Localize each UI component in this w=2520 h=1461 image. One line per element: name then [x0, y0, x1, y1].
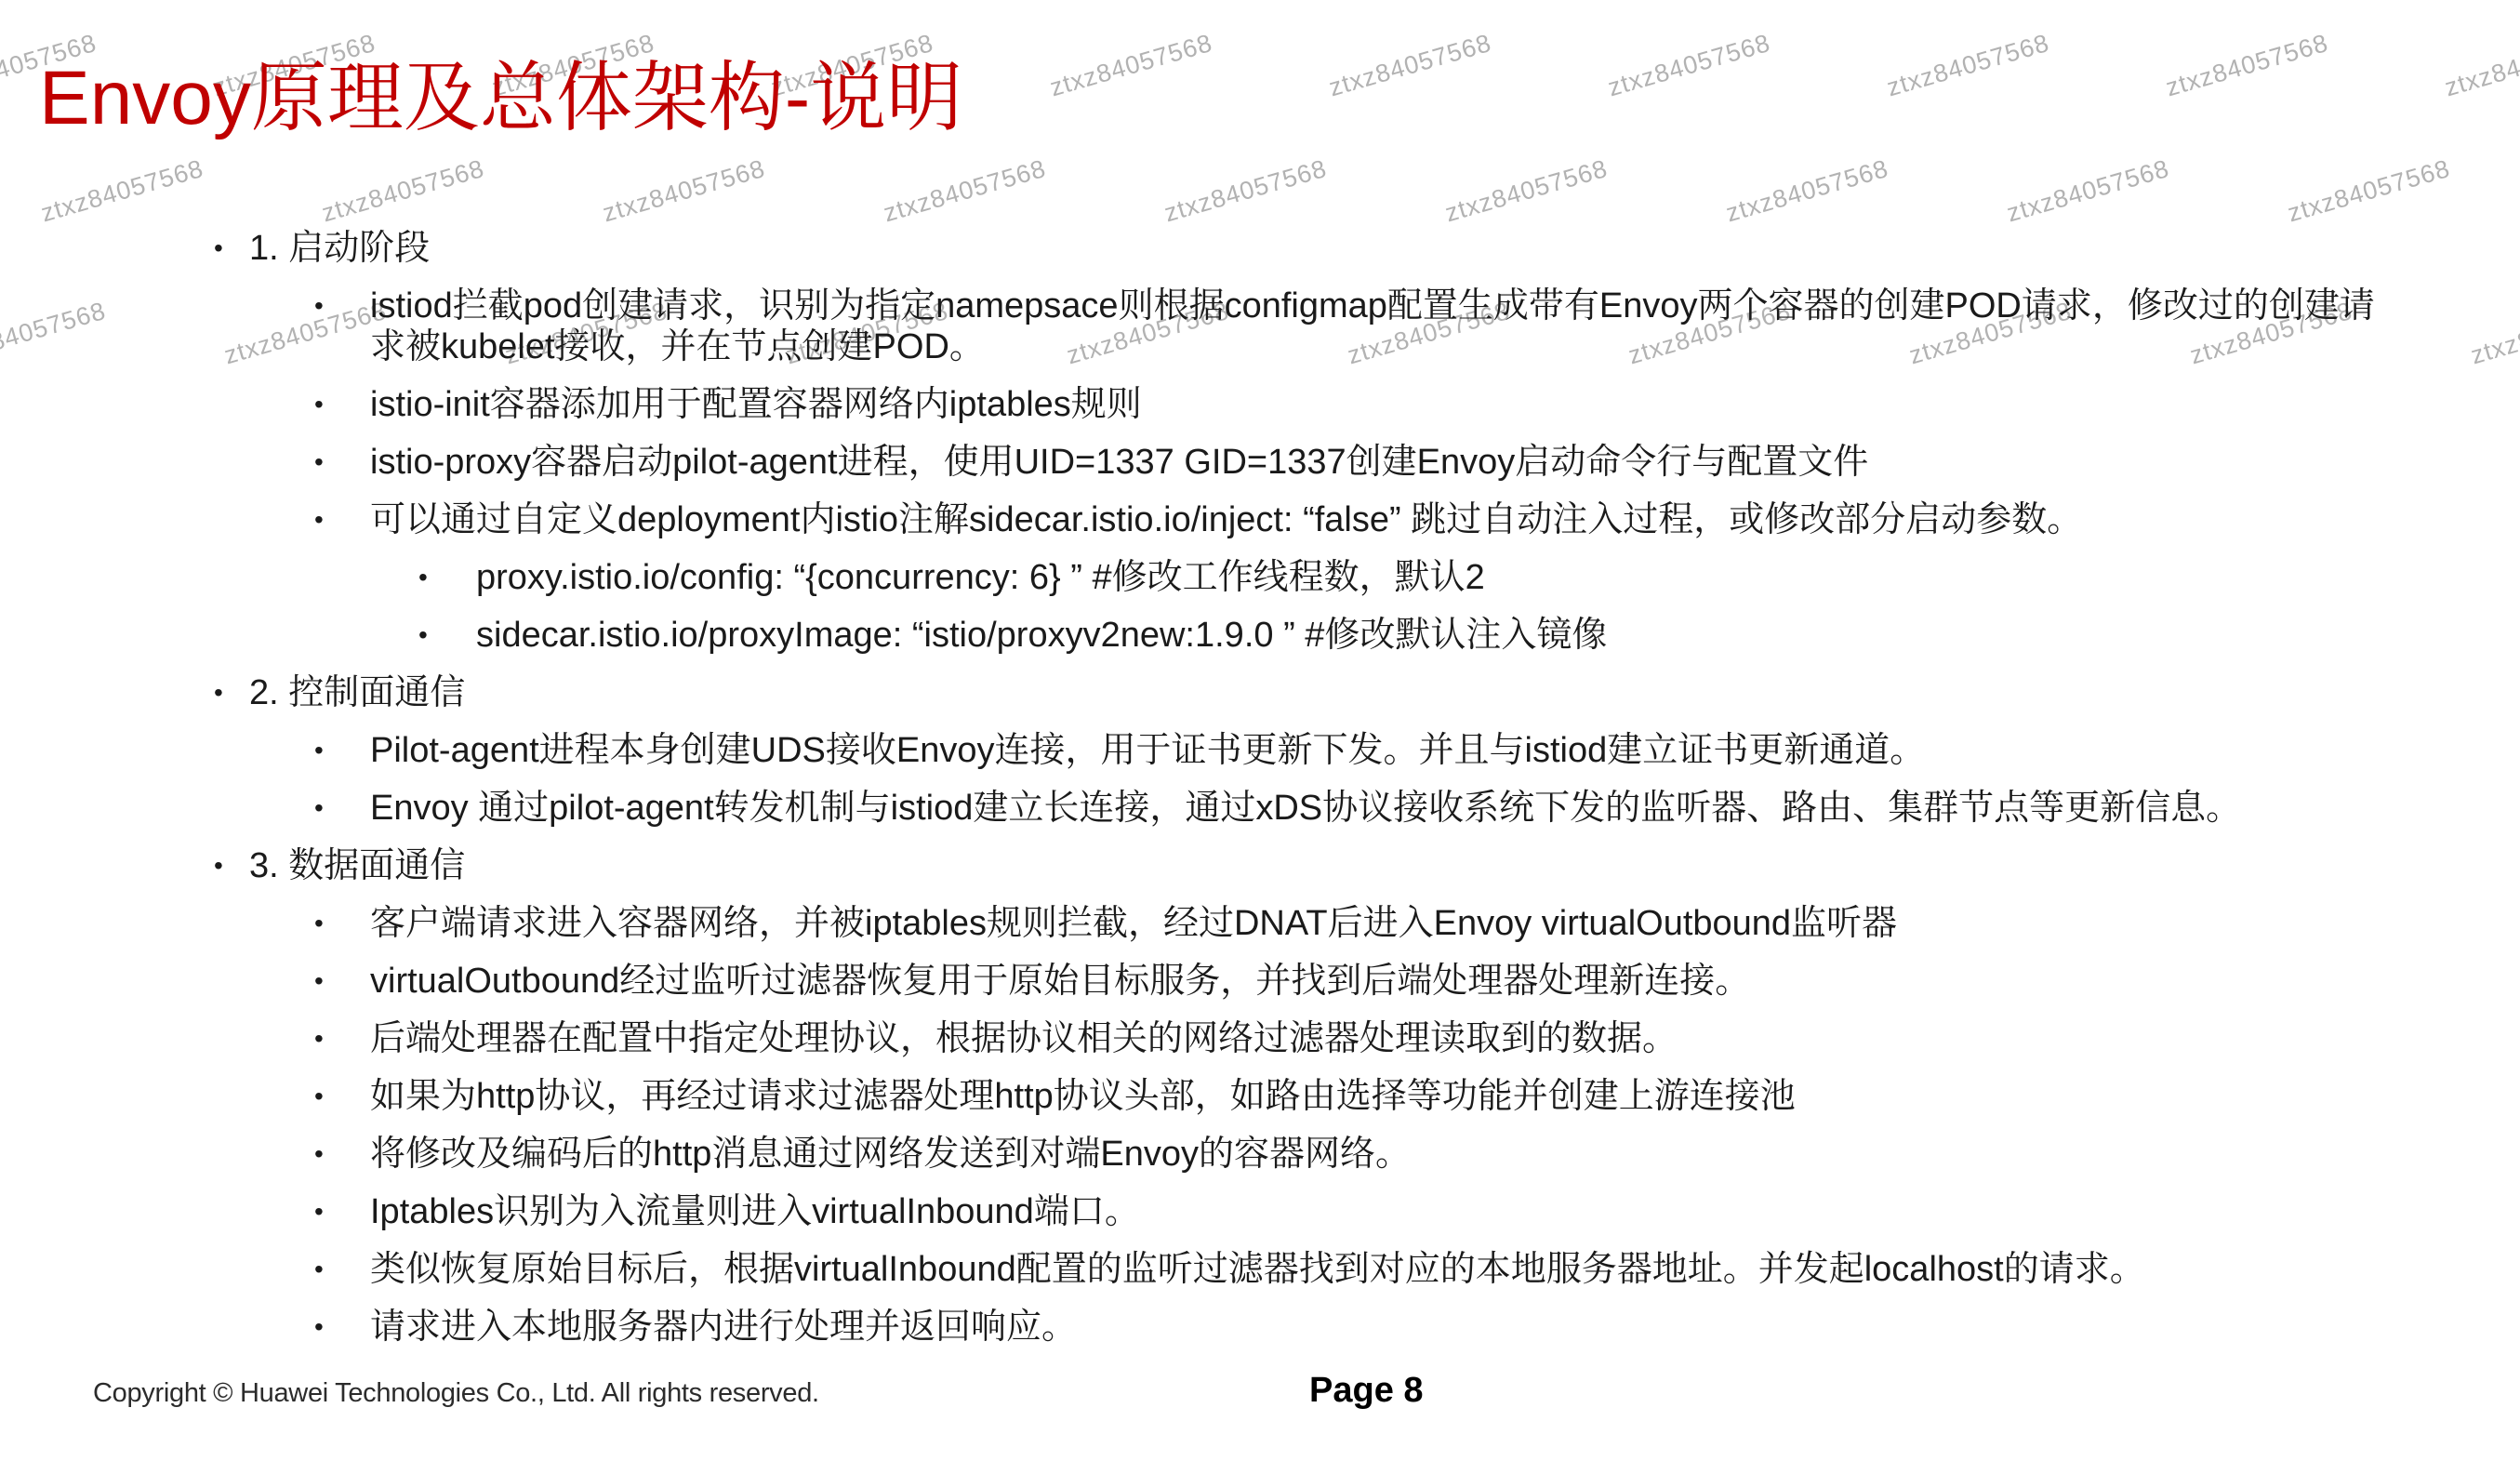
- bullet-marker-icon: •: [314, 788, 370, 829]
- watermark-text: ztxz84057568: [38, 154, 207, 228]
- bullet-item: •2. 控制面通信: [0, 672, 2520, 713]
- bullet-list: •1. 启动阶段•istiod拦截pod创建请求，识别为指定namepsace则…: [0, 228, 2520, 1364]
- bullet-marker-icon: •: [314, 442, 370, 483]
- bullet-item: •将修改及编码后的http消息通过网络发送到对端Envoy的容器网络。: [0, 1134, 2520, 1175]
- page-number: Page 8: [1309, 1371, 1424, 1411]
- bullet-text: 类似恢复原始目标后，根据virtualInbound配置的监听过滤器找到对应的本…: [370, 1249, 2145, 1290]
- bullet-marker-icon: •: [418, 557, 476, 598]
- bullet-item: •1. 启动阶段: [0, 228, 2520, 269]
- bullet-item: •请求进入本地服务器内进行处理并返回响应。: [0, 1307, 2520, 1348]
- bullet-item: •Pilot-agent进程本身创建UDS接收Envoy连接，用于证书更新下发。…: [0, 730, 2520, 771]
- bullet-text: 客户端请求进入容器网络，并被iptables规则拦截，经过DNAT后进入Envo…: [370, 903, 1897, 944]
- bullet-text: 后端处理器在配置中指定处理协议，根据协议相关的网络过滤器处理读取到的数据。: [370, 1018, 1678, 1059]
- watermark-text: ztxz84057568: [2442, 29, 2520, 102]
- bullet-item: •istio-proxy容器启动pilot-agent进程，使用UID=1337…: [0, 442, 2520, 483]
- watermark-text: ztxz84057568: [1884, 29, 2053, 102]
- bullet-marker-icon: •: [214, 845, 249, 886]
- bullet-item: •如果为http协议，再经过请求过滤器处理http协议头部，如路由选择等功能并创…: [0, 1076, 2520, 1117]
- bullet-item: •可以通过自定义deployment内istio注解sidecar.istio.…: [0, 499, 2520, 540]
- copyright-text: Copyright © Huawei Technologies Co., Ltd…: [93, 1378, 819, 1409]
- bullet-item: •后端处理器在配置中指定处理协议，根据协议相关的网络过滤器处理读取到的数据。: [0, 1018, 2520, 1059]
- bullet-marker-icon: •: [314, 1076, 370, 1117]
- watermark-text: ztxz84057568: [1326, 29, 1495, 102]
- bullet-marker-icon: •: [314, 730, 370, 771]
- slide-title: Envoy原理及总体架构-说明: [39, 37, 962, 146]
- bullet-item: •Iptables识别为入流量则进入virtualInbound端口。: [0, 1191, 2520, 1232]
- watermark-text: ztxz84057568: [2285, 154, 2454, 228]
- bullet-text: Iptables识别为入流量则进入virtualInbound端口。: [370, 1191, 1140, 1232]
- bullet-text: 请求进入本地服务器内进行处理并返回响应。: [370, 1307, 1077, 1348]
- bullet-item: •istiod拦截pod创建请求，识别为指定namepsace则根据config…: [0, 286, 2520, 367]
- watermark-text: ztxz84057568: [2163, 29, 2332, 102]
- slide: ztxz84057568ztxz84057568ztxz84057568ztxz…: [0, 0, 2520, 1461]
- bullet-marker-icon: •: [314, 384, 370, 425]
- bullet-text: 如果为http协议，再经过请求过滤器处理http协议头部，如路由选择等功能并创建…: [370, 1076, 1796, 1117]
- bullet-text: 1. 启动阶段: [249, 228, 430, 269]
- watermark-text: ztxz84057568: [881, 154, 1050, 228]
- watermark-text: ztxz84057568: [1161, 154, 1331, 228]
- bullet-item: •istio-init容器添加用于配置容器网络内iptables规则: [0, 384, 2520, 425]
- bullet-item: •客户端请求进入容器网络，并被iptables规则拦截，经过DNAT后进入Env…: [0, 903, 2520, 944]
- bullet-marker-icon: •: [314, 1307, 370, 1348]
- bullet-text: virtualOutbound经过监听过滤器恢复用于原始目标服务，并找到后端处理…: [370, 961, 1750, 1002]
- bullet-item: •3. 数据面通信: [0, 845, 2520, 886]
- watermark-text: ztxz84057568: [1723, 154, 1892, 228]
- bullet-text: istiod拦截pod创建请求，识别为指定namepsace则根据configm…: [370, 286, 2379, 367]
- bullet-text: 3. 数据面通信: [249, 845, 465, 886]
- bullet-marker-icon: •: [314, 286, 370, 326]
- bullet-item: •Envoy 通过pilot-agent转发机制与istiod建立长连接，通过x…: [0, 788, 2520, 829]
- bullet-text: 可以通过自定义deployment内istio注解sidecar.istio.i…: [370, 499, 2082, 540]
- bullet-text: istio-init容器添加用于配置容器网络内iptables规则: [370, 384, 1142, 425]
- bullet-marker-icon: •: [314, 1134, 370, 1175]
- bullet-item: •virtualOutbound经过监听过滤器恢复用于原始目标服务，并找到后端处…: [0, 961, 2520, 1002]
- bullet-text: Pilot-agent进程本身创建UDS接收Envoy连接，用于证书更新下发。并…: [370, 730, 1925, 771]
- bullet-item: •proxy.istio.io/config: “{concurrency: 6…: [0, 557, 2520, 598]
- watermark-text: ztxz84057568: [2004, 154, 2173, 228]
- bullet-marker-icon: •: [314, 903, 370, 944]
- bullet-item: •sidecar.istio.io/proxyImage: “istio/pro…: [0, 615, 2520, 656]
- bullet-marker-icon: •: [314, 1249, 370, 1290]
- bullet-text: proxy.istio.io/config: “{concurrency: 6}…: [476, 557, 1485, 598]
- bullet-text: sidecar.istio.io/proxyImage: “istio/prox…: [476, 615, 1607, 656]
- bullet-text: 将修改及编码后的http消息通过网络发送到对端Envoy的容器网络。: [370, 1134, 1411, 1175]
- bullet-marker-icon: •: [214, 672, 249, 713]
- bullet-marker-icon: •: [418, 615, 476, 656]
- bullet-marker-icon: •: [314, 499, 370, 540]
- bullet-marker-icon: •: [314, 1191, 370, 1232]
- bullet-text: 2. 控制面通信: [249, 672, 465, 713]
- watermark-text: ztxz84057568: [1047, 29, 1216, 102]
- watermark-text: ztxz84057568: [1442, 154, 1611, 228]
- watermark-text: ztxz84057568: [600, 154, 769, 228]
- watermark-text: ztxz84057568: [319, 154, 488, 228]
- bullet-text: istio-proxy容器启动pilot-agent进程，使用UID=1337 …: [370, 442, 1868, 483]
- bullet-marker-icon: •: [314, 961, 370, 1002]
- bullet-marker-icon: •: [214, 228, 249, 269]
- watermark-text: ztxz84057568: [1605, 29, 1774, 102]
- bullet-item: •类似恢复原始目标后，根据virtualInbound配置的监听过滤器找到对应的…: [0, 1249, 2520, 1290]
- bullet-marker-icon: •: [314, 1018, 370, 1059]
- bullet-text: Envoy 通过pilot-agent转发机制与istiod建立长连接，通过xD…: [370, 788, 2241, 829]
